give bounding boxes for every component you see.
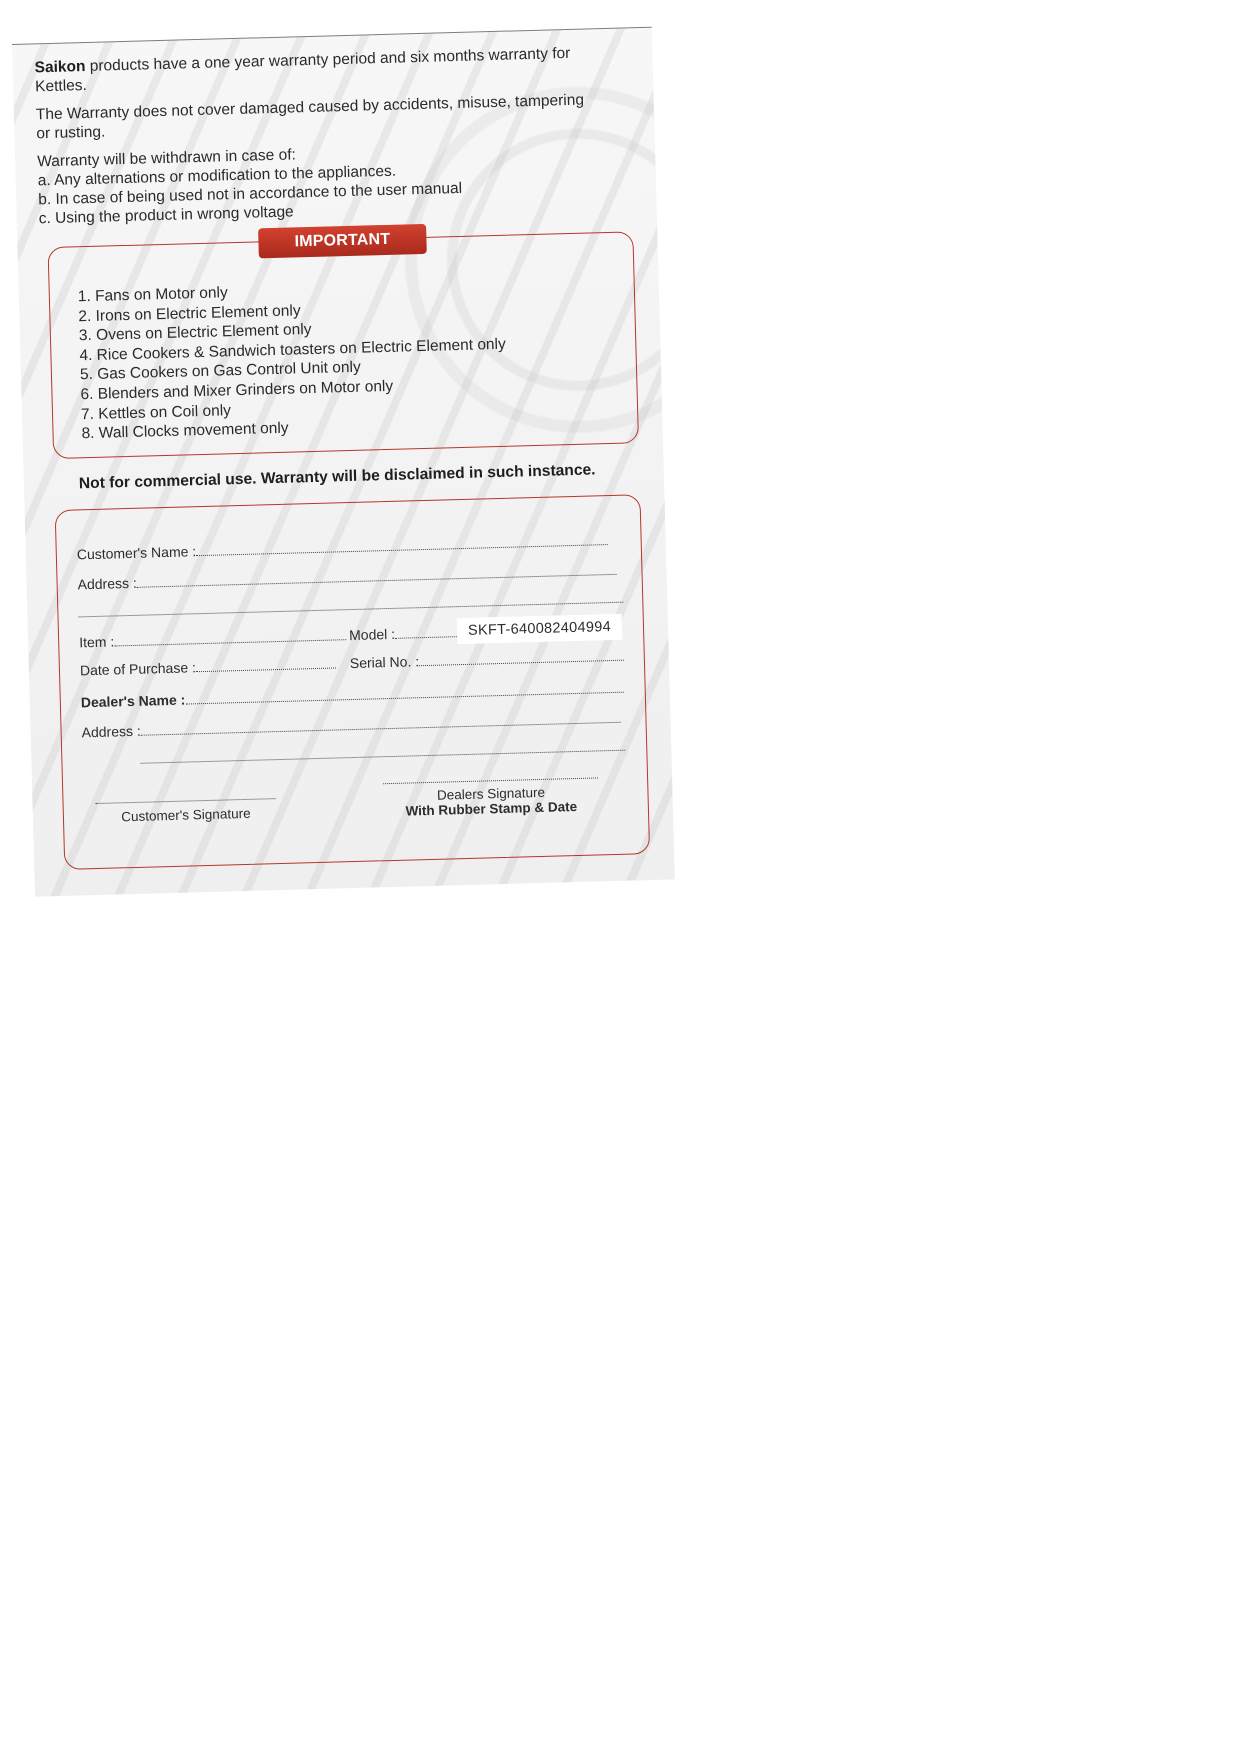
brand-name: Saikon bbox=[34, 58, 85, 76]
important-badge: IMPORTANT bbox=[258, 224, 427, 259]
important-list: 1. Fans on Motor only 2. Irons on Electr… bbox=[78, 276, 509, 444]
customer-signature-area[interactable]: Customer's Signature bbox=[95, 787, 276, 825]
warranty-card: Saikon products have a one year warranty… bbox=[12, 27, 675, 897]
withdrawal-conditions: Warranty will be withdrawn in case of: a… bbox=[37, 137, 599, 228]
customer-address-field[interactable]: Address : bbox=[77, 562, 616, 593]
serial-no-field[interactable]: Serial No. : bbox=[350, 648, 625, 671]
serial-no-line[interactable] bbox=[419, 649, 624, 667]
dealer-address-line-2[interactable] bbox=[140, 738, 625, 767]
warranty-period-text: Saikon products have a one year warranty… bbox=[34, 43, 595, 96]
commercial-use-notice: Not for commercial use. Warranty will be… bbox=[79, 461, 596, 493]
customer-signature-line[interactable] bbox=[95, 787, 275, 804]
dealer-signature-area[interactable]: Dealers Signature With Rubber Stamp & Da… bbox=[383, 766, 599, 819]
important-box: IMPORTANT 1. Fans on Motor only 2. Irons… bbox=[48, 231, 640, 459]
customer-name-line[interactable] bbox=[196, 533, 608, 556]
date-of-purchase-line[interactable] bbox=[196, 656, 336, 672]
customer-form-box: Customer's Name : Address : Item : Model… bbox=[55, 494, 651, 870]
dealer-address-line[interactable] bbox=[141, 711, 621, 736]
customer-name-field[interactable]: Customer's Name : bbox=[77, 532, 609, 562]
warranty-terms: Saikon products have a one year warranty… bbox=[34, 43, 598, 228]
date-of-purchase-field[interactable]: Date of Purchase : bbox=[80, 655, 336, 678]
dealer-address-field[interactable]: Address : bbox=[81, 710, 620, 741]
customer-address-line[interactable] bbox=[137, 563, 617, 588]
serial-number-sticker: SKFT-640082404994 bbox=[457, 614, 623, 644]
customer-signature-label: Customer's Signature bbox=[96, 805, 276, 825]
dealer-signature-line[interactable] bbox=[383, 766, 598, 784]
item-field[interactable]: Item : bbox=[79, 627, 346, 650]
dealer-name-field[interactable]: Dealer's Name : bbox=[81, 680, 624, 711]
dealer-name-line[interactable] bbox=[185, 681, 623, 705]
warranty-exclusions-text: The Warranty does not cover damaged caus… bbox=[36, 90, 597, 143]
item-line[interactable] bbox=[114, 628, 346, 646]
